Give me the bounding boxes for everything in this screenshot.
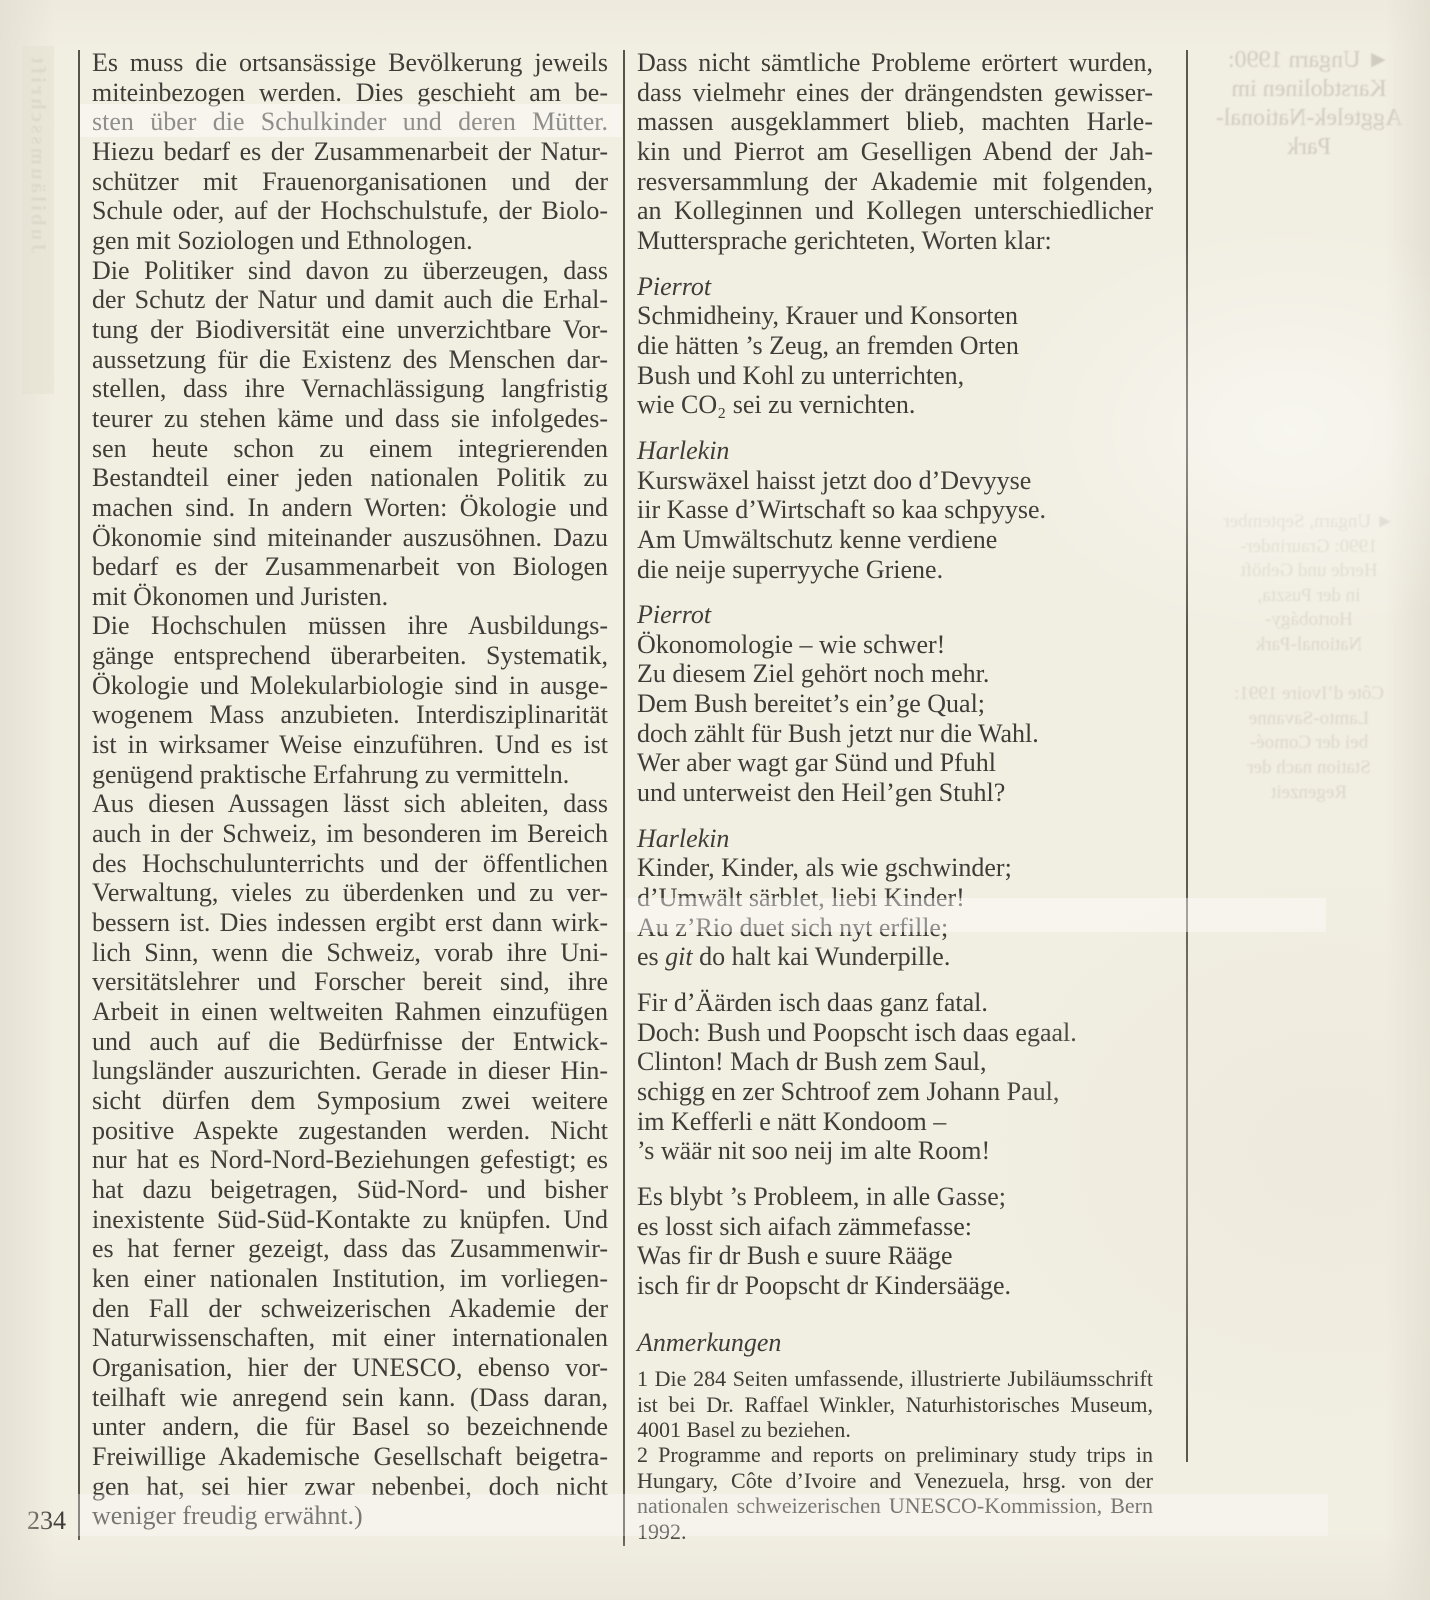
text-line: es hat ferner gezeigt, dass das Zusammen… — [92, 1234, 608, 1264]
text-line: Bush und Kohl zu unterrichten, — [637, 361, 1153, 391]
text-line: lich Sinn, wenn die Schweiz, vorab ihre … — [92, 938, 608, 968]
text-line: wie CO₂ sei zu vernichten. — [637, 390, 1153, 420]
bleedthrough-line: Côte d’Ivoire 1991: — [1196, 682, 1422, 707]
text-line: 1992. — [637, 1519, 1153, 1544]
text-line: und auch auf die Bedürfnisse der Entwick… — [92, 1027, 608, 1057]
text-line: Hungary, Côte d’Ivoire and Venezuela, hr… — [637, 1468, 1153, 1493]
text-line: ken einer nationalen Institution, im vor… — [92, 1264, 608, 1294]
bleedthrough-line: Aggtelek-National- — [1202, 104, 1416, 133]
text-line: Freiwillige Akademische Gesellschaft bei… — [92, 1442, 608, 1472]
text-line: nur hat es Nord-Nord-Beziehungen gefesti… — [92, 1145, 608, 1175]
bleedthrough-line: bei der Comoé- — [1196, 731, 1422, 756]
text-line: 2 Programme and reports on preliminary s… — [637, 1442, 1153, 1467]
bleedthrough-line: National-Park — [1196, 633, 1422, 658]
poem-stanza-pierrot: PierrotÖkonomologie – wie schwer!Zu dies… — [637, 600, 1153, 808]
text-line: weniger freudig erwähnt.) — [92, 1501, 608, 1531]
text-line: Bestandteil einer jeden nationalen Polit… — [92, 463, 608, 493]
text-line: wogenem Mass anzubieten. Interdisziplina… — [92, 700, 608, 730]
text-line: Schmidheiny, Krauer und Konsorten — [637, 301, 1153, 331]
bleedthrough-line: Herde und Gehöft — [1196, 559, 1422, 584]
text-line: es git do halt kai Wunderpille. — [637, 942, 1153, 972]
text-line: unter andern, die für Basel so bezeichne… — [92, 1412, 608, 1442]
text-line: resversammlung der Akademie mit folgende… — [637, 167, 1153, 197]
text-line: ’s wäär nit soo neij im alte Room! — [637, 1136, 1153, 1166]
text-line: bessern ist. Dies indessen ergibt erst d… — [92, 908, 608, 938]
text-line: positive Aspekte zugestanden werden. Nic… — [92, 1116, 608, 1146]
text-line: sten über die Schulkinder und deren Mütt… — [92, 107, 608, 137]
bleedthrough-line — [1196, 658, 1422, 683]
text-line: stellen, dass ihre Vernachlässigung lang… — [92, 374, 608, 404]
text-line: ist in wirksamer Weise einzuführen. Und … — [92, 730, 608, 760]
bleedthrough-line: ◄ Ungarn, September — [1196, 510, 1422, 535]
poem-stanza-harlekin: HarlekinKurswäxel haisst jetzt doo d’Dev… — [637, 436, 1153, 584]
text-line: Organisation, hier der UNESCO, ebenso vo… — [92, 1353, 608, 1383]
bleedthrough-line: Station nach der — [1196, 756, 1422, 781]
text-line: an Kolleginnen und Kollegen unterschiedl… — [637, 196, 1153, 226]
text-line: den Fall der schweizerischen Akademie de… — [92, 1294, 608, 1324]
bleedthrough-line: 1990: Graurinder- — [1196, 535, 1422, 560]
poem-stanza-harlekin: HarlekinKinder, Kinder, als wie gschwind… — [637, 824, 1153, 972]
text-line: tung der Biodiversität eine unverzichtba… — [92, 315, 608, 345]
text-line: versitätslehrer und Forscher bereit sind… — [92, 967, 608, 997]
text-line: im Kefferli e nätt Kondoom – — [637, 1107, 1153, 1137]
text-line: Dem Bush bereitet’s ein’ge Qual; — [637, 689, 1153, 719]
text-line: hat dazu beigetragen, Süd-Nord- und bish… — [92, 1175, 608, 1205]
text-line: Muttersprache gerichteten, Worten klar: — [637, 226, 1153, 256]
text-line: Aus diesen Aussagen lässt sich ableiten,… — [92, 789, 608, 819]
text-line: miteinbezogen werden. Dies geschieht am … — [92, 78, 608, 108]
bleedthrough-line: Lamto-Savanne — [1196, 707, 1422, 732]
text-line: Kurswäxel haisst jetzt doo d’Devyyse — [637, 466, 1153, 496]
text-line: 1 Die 284 Seiten umfassende, illustriert… — [637, 1366, 1153, 1391]
text-line: Doch: Bush und Poopscht isch daas egaal. — [637, 1018, 1153, 1048]
text-line: iir Kasse d’Wirtschaft so kaa schpyyse. — [637, 495, 1153, 525]
bleedthrough-caption-top: ◄ Ungarn 1990:Karstdolinen imAggtelek-Na… — [1202, 46, 1416, 162]
text-line: die neije superryyche Griene. — [637, 555, 1153, 585]
text-line: und unterweist den Heil’gen Stuhl? — [637, 778, 1153, 808]
italic-word: git — [665, 942, 692, 971]
bleedthrough-vertical-band: Jubiläumsschrift — [22, 46, 54, 394]
text-line: Ökonomie sind miteinander auszusöhnen. D… — [92, 523, 608, 553]
text-line: Dass nicht sämtliche Probleme erörtert w… — [637, 48, 1153, 78]
text-line: dass vielmehr eines der drängendsten gew… — [637, 78, 1153, 108]
bleedthrough-line: Regenzeit — [1196, 781, 1422, 806]
text-line: es losst sich aifach zämmefasse: — [637, 1212, 1153, 1242]
text-line: Die Politiker sind davon zu überzeugen, … — [92, 256, 608, 286]
column-divider-rule — [623, 50, 625, 1546]
stanza-speaker: Pierrot — [637, 272, 1153, 302]
text-line: die hätten ’s Zeug, an fremden Orten — [637, 331, 1153, 361]
bleedthrough-line: Karstdolinen im — [1202, 75, 1416, 104]
text-line: der Schutz der Natur und damit auch die … — [92, 285, 608, 315]
footnotes: 1 Die 284 Seiten umfassende, illustriert… — [637, 1366, 1153, 1544]
text-line: Hiezu bedarf es der Zusammenarbeit der N… — [92, 137, 608, 167]
text-line: gen hat, sei hier zwar nebenbei, doch ni… — [92, 1472, 608, 1502]
text-line: Ökonomologie – wie schwer! — [637, 630, 1153, 660]
text-line: teurer zu stehen käme und dass sie infol… — [92, 404, 608, 434]
text-line: Arbeit in einen weltweiten Rahmen einzuf… — [92, 997, 608, 1027]
text-line: schigg en zer Schtroof zem Johann Paul, — [637, 1077, 1153, 1107]
right-margin-rule — [1186, 50, 1188, 1462]
text-line: ist bei Dr. Raffael Winkler, Naturhistor… — [637, 1392, 1153, 1417]
text-line: Clinton! Mach dr Bush zem Saul, — [637, 1047, 1153, 1077]
text-line: Schule oder, auf der Hochschulstufe, der… — [92, 196, 608, 226]
text-line: d’Umwält särblet, liebi Kinder! — [637, 883, 1153, 913]
text-line: inexistente Süd-Süd-Kontakte zu knüpfen.… — [92, 1205, 608, 1235]
text-line: sicht dürfen dem Symposium zwei weitere — [92, 1086, 608, 1116]
text-line: gänge entsprechend überarbeiten. Systema… — [92, 641, 608, 671]
text-line: auch in der Schweiz, im besonderen im Be… — [92, 819, 608, 849]
scanned-journal-page: { "page": { "number": "234", "paper_colo… — [0, 0, 1430, 1600]
stanza-speaker: Harlekin — [637, 436, 1153, 466]
poem-stanza-pierrot: PierrotSchmidheiny, Krauer und Konsorten… — [637, 272, 1153, 420]
text-line: 4001 Basel zu beziehen. — [637, 1417, 1153, 1442]
text-line: Die Hochschulen müssen ihre Ausbildungs- — [92, 611, 608, 641]
poem-stanza: Fir d’Äärden isch daas ganz fatal.Doch: … — [637, 988, 1153, 1166]
text-line: gen mit Soziologen und Ethnologen. — [92, 226, 608, 256]
bleedthrough-line: in der Puszta, — [1196, 584, 1422, 609]
left-margin-rule — [78, 50, 80, 1540]
bleedthrough-line: Park — [1202, 133, 1416, 162]
text-line: Es muss die ortsansässige Bevölkerung je… — [92, 48, 608, 78]
bleedthrough-vertical-label: Jubiläumsschrift — [26, 54, 51, 254]
bleedthrough-caption-mid: ◄ Ungarn, September1990: Graurinder-Herd… — [1196, 510, 1422, 805]
text-line: doch zählt für Bush jetzt nur die Wahl. — [637, 719, 1153, 749]
bleedthrough-line: Hortobágy- — [1196, 608, 1422, 633]
text-line: nationalen schweizerischen UNESCO-Kommis… — [637, 1493, 1153, 1518]
text-line: des Hochschulunterrichts und der öffentl… — [92, 849, 608, 879]
text-line: mit Ökonomen und Juristen. — [92, 582, 608, 612]
text-line: Naturwissenschaften, mit einer internati… — [92, 1323, 608, 1353]
left-column: Es muss die ortsansässige Bevölkerung je… — [92, 48, 608, 1531]
text-line: teilhaft wie anregend sein kann. (Dass d… — [92, 1383, 608, 1413]
text-line: isch fir dr Poopscht dr Kindersääge. — [637, 1271, 1153, 1301]
text-line: Was fir dr Bush e suure Rääge — [637, 1241, 1153, 1271]
stanza-speaker: Pierrot — [637, 600, 1153, 630]
right-column: Dass nicht sämtliche Probleme erörtert w… — [637, 48, 1153, 1544]
text-line: aussetzung für die Existenz des Menschen… — [92, 345, 608, 375]
text-line: massen ausgeklammert blieb, machten Harl… — [637, 107, 1153, 137]
bleedthrough-line: ◄ Ungarn 1990: — [1202, 46, 1416, 75]
text-line: Verwaltung, vieles zu überdenken und zu … — [92, 878, 608, 908]
text-line: Wer aber wagt gar Sünd und Pfuhl — [637, 748, 1153, 778]
text-line: Au z’Rio duet sich nyt erfille; — [637, 913, 1153, 943]
text-line: lungsländer auszurichten. Gerade in dies… — [92, 1056, 608, 1086]
text-line: Kinder, Kinder, als wie gschwinder; — [637, 853, 1153, 883]
text-line: bedarf es der Zusammenarbeit von Biologe… — [92, 552, 608, 582]
text-line: Fir d’Äärden isch daas ganz fatal. — [637, 988, 1153, 1018]
text-line: machen sind. In andern Worten: Ökologie … — [92, 493, 608, 523]
footnotes-heading: Anmerkungen — [637, 1328, 1153, 1358]
text-line: sen heute schon zu einem integrierenden — [92, 434, 608, 464]
stanza-speaker: Harlekin — [637, 824, 1153, 854]
text-line: schützer mit Frauenorganisationen und de… — [92, 167, 608, 197]
text-line: Ökologie und Molekularbiologie sind in a… — [92, 671, 608, 701]
page-number: 234 — [4, 1506, 66, 1536]
text-line: kin und Pierrot am Geselligen Abend der … — [637, 137, 1153, 167]
poem-stanza: Es blybt ’s Probleem, in alle Gasse;es l… — [637, 1182, 1153, 1301]
text-line: Zu diesem Ziel gehört noch mehr. — [637, 659, 1153, 689]
text-line: genügend praktische Erfahrung zu vermitt… — [92, 760, 608, 790]
text-line: Es blybt ’s Probleem, in alle Gasse; — [637, 1182, 1153, 1212]
text-line: Am Umwältschutz kenne verdiene — [637, 525, 1153, 555]
